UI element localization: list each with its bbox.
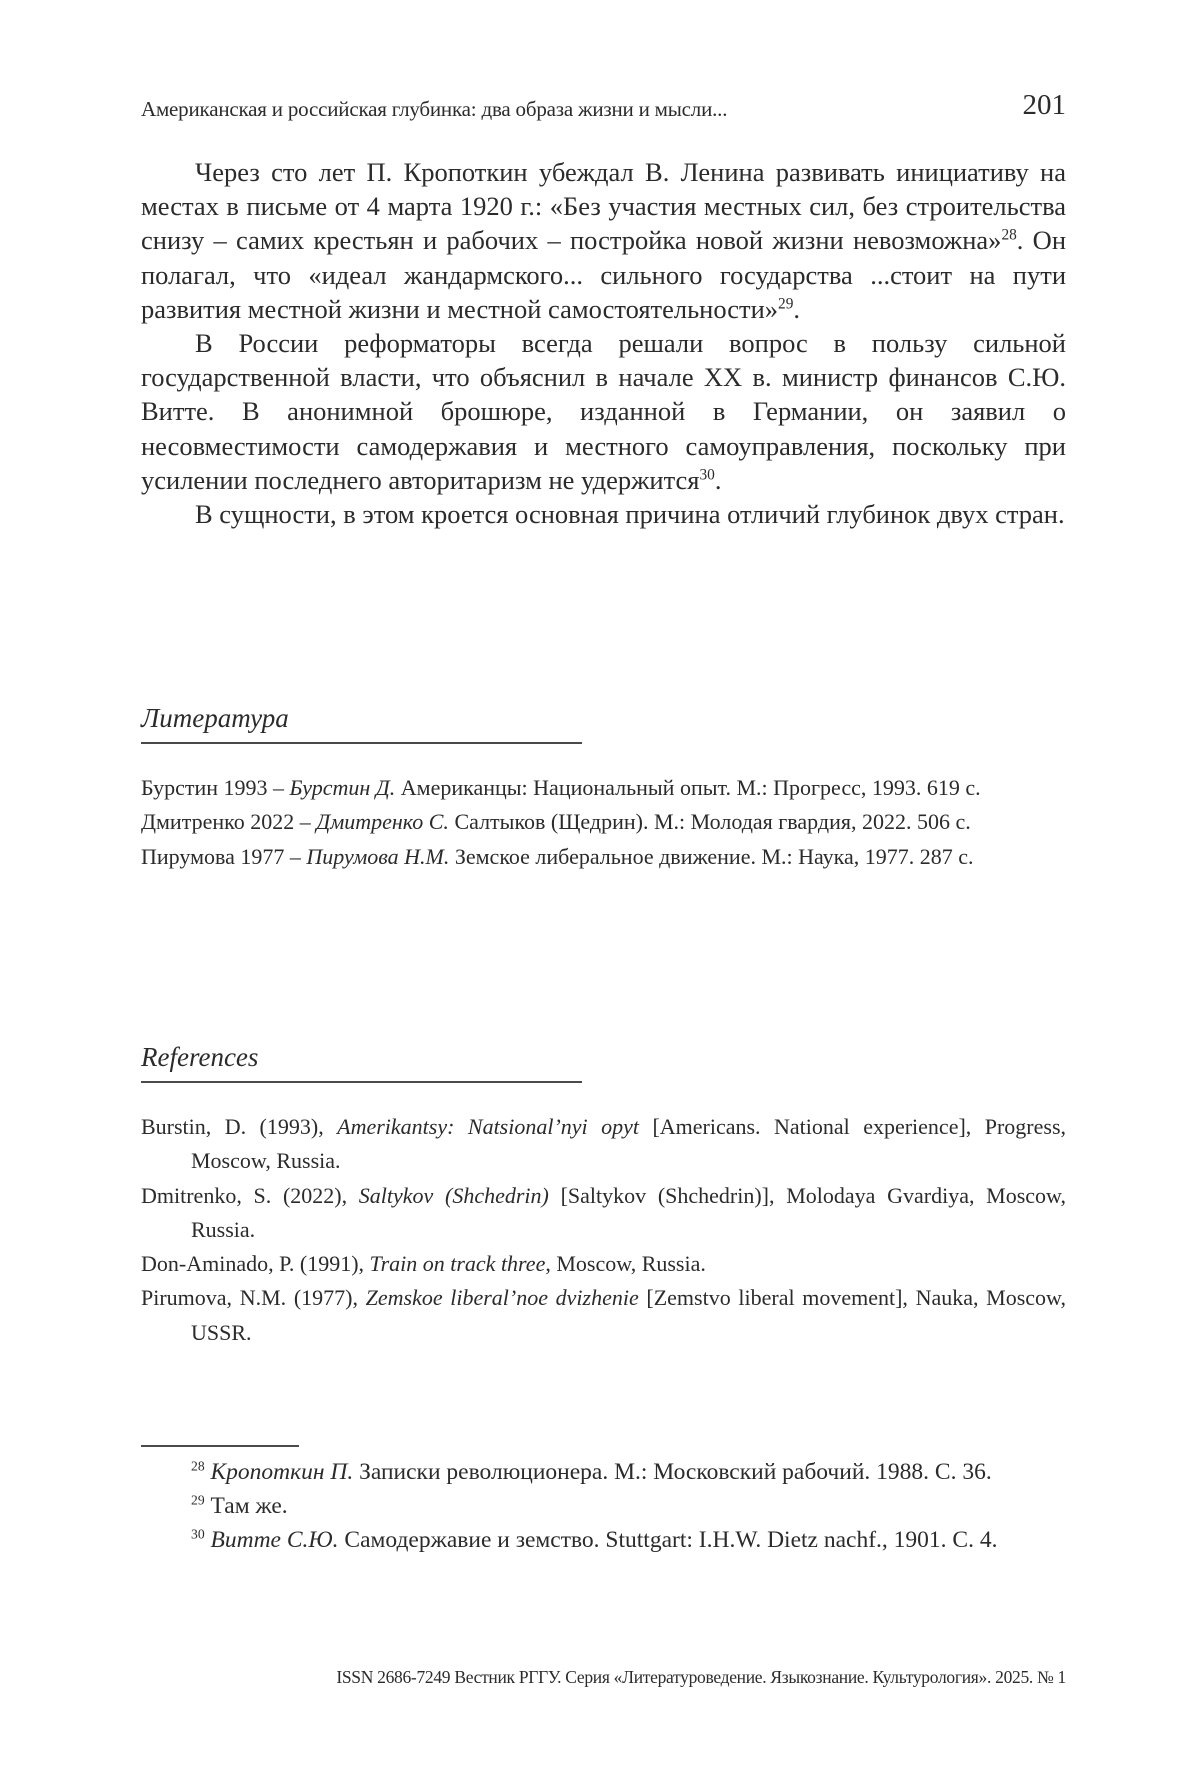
footnotes: 28 Кропоткин П. Записки революционера. М… <box>141 1455 1066 1557</box>
footnote-number: 28 <box>191 1459 205 1474</box>
references-list: Burstin, D. (1993), Amerikantsy: Natsion… <box>141 1110 1066 1350</box>
entry-rest: Американцы: Национальный опыт. М.: Прогр… <box>395 775 980 800</box>
reference-entry: Dmitrenko, S. (2022), Saltykov (Shchedri… <box>141 1179 1066 1248</box>
entry-author: Дмитренко С. <box>316 809 449 834</box>
entry-title: Saltykov (Shchedrin) <box>359 1183 549 1208</box>
footnote: 30 Витте С.Ю. Самодержавие и земство. St… <box>141 1523 1066 1557</box>
page-number: 201 <box>1023 88 1067 122</box>
entry-title: Amerikantsy: Natsional’nyi opyt <box>337 1114 639 1139</box>
footnote-text: Там же. <box>211 1493 288 1519</box>
entry-pre: Dmitrenko, S. (2022), <box>141 1183 359 1208</box>
reference-entry: Burstin, D. (1993), Amerikantsy: Natsion… <box>141 1110 1066 1179</box>
footnote: 28 Кропоткин П. Записки революционера. М… <box>141 1455 1066 1489</box>
paragraph-text: В сущности, в этом кроется основная прич… <box>195 499 1065 529</box>
entry-author: Бурстин Д. <box>290 775 396 800</box>
references-heading: References <box>141 1040 258 1074</box>
footnote-ref[interactable]: 30 <box>699 466 714 483</box>
paragraph-text: . <box>793 294 800 324</box>
page-footer: ISSN 2686-7249 Вестник РГГУ. Серия «Лите… <box>141 1665 1066 1689</box>
entry-rest: , Moscow, Russia. <box>545 1251 706 1276</box>
entry-title: Train on track three <box>370 1251 546 1276</box>
literature-entry: Дмитренко 2022 – Дмитренко С. Салтыков (… <box>141 805 1066 839</box>
running-head-title: Американская и российская глубинка: два … <box>141 92 727 126</box>
footnote-number: 29 <box>191 1493 205 1508</box>
footnote-author: Витте С.Ю. <box>211 1527 339 1553</box>
reference-entry: Pirumova, N.M. (1977), Zemskoe liberal’n… <box>141 1281 1066 1350</box>
footnote-number: 30 <box>191 1527 205 1542</box>
entry-key: Дмитренко 2022 – <box>141 809 316 834</box>
footnote-separator <box>141 1445 299 1447</box>
literature-entry: Бурстин 1993 – Бурстин Д. Американцы: На… <box>141 771 1066 805</box>
footnote-ref[interactable]: 28 <box>1001 227 1016 244</box>
footnote-text: Записки революционера. М.: Московский ра… <box>353 1459 992 1485</box>
entry-key: Пирумова 1977 – <box>141 844 306 869</box>
body-text: Через сто лет П. Кропоткин убеждал В. Ле… <box>141 155 1066 531</box>
entry-rest: Салтыков (Щедрин). М.: Молодая гвардия, … <box>449 809 971 834</box>
entry-pre: Pirumova, N.M. (1977), <box>141 1285 366 1310</box>
entry-pre: Burstin, D. (1993), <box>141 1114 337 1139</box>
running-head: Американская и российская глубинка: два … <box>141 92 1066 126</box>
literature-heading: Литература <box>141 701 289 735</box>
footnote-ref[interactable]: 29 <box>778 295 793 312</box>
paragraph-text: В России реформаторы всегда решали вопро… <box>141 328 1066 495</box>
paragraph-text: . <box>715 465 722 495</box>
paragraph: В России реформаторы всегда решали вопро… <box>141 326 1066 497</box>
reference-entry: Don-Aminado, P. (1991), Train on track t… <box>141 1247 1066 1281</box>
entry-pre: Don-Aminado, P. (1991), <box>141 1251 370 1276</box>
entry-title: Zemskoe liberal’noe dvizhenie <box>366 1285 639 1310</box>
footnote: 29 Там же. <box>141 1489 1066 1523</box>
literature-entry: Пирумова 1977 – Пирумова Н.М. Земское ли… <box>141 840 1066 874</box>
paragraph: В сущности, в этом кроется основная прич… <box>141 497 1066 531</box>
entry-rest: Земское либеральное движение. М.: Наука,… <box>449 844 973 869</box>
entry-key: Бурстин 1993 – <box>141 775 290 800</box>
footnote-text: Самодержавие и земство. Stuttgart: I.H.W… <box>339 1527 998 1553</box>
footnote-author: Кропоткин П. <box>211 1459 354 1485</box>
literature-list: Бурстин 1993 – Бурстин Д. Американцы: На… <box>141 771 1066 874</box>
paragraph-text: Через сто лет П. Кропоткин убеждал В. Ле… <box>141 157 1066 255</box>
literature-rule <box>141 742 582 744</box>
references-rule <box>141 1081 582 1083</box>
paragraph: Через сто лет П. Кропоткин убеждал В. Ле… <box>141 155 1066 326</box>
entry-author: Пирумова Н.М. <box>306 844 449 869</box>
